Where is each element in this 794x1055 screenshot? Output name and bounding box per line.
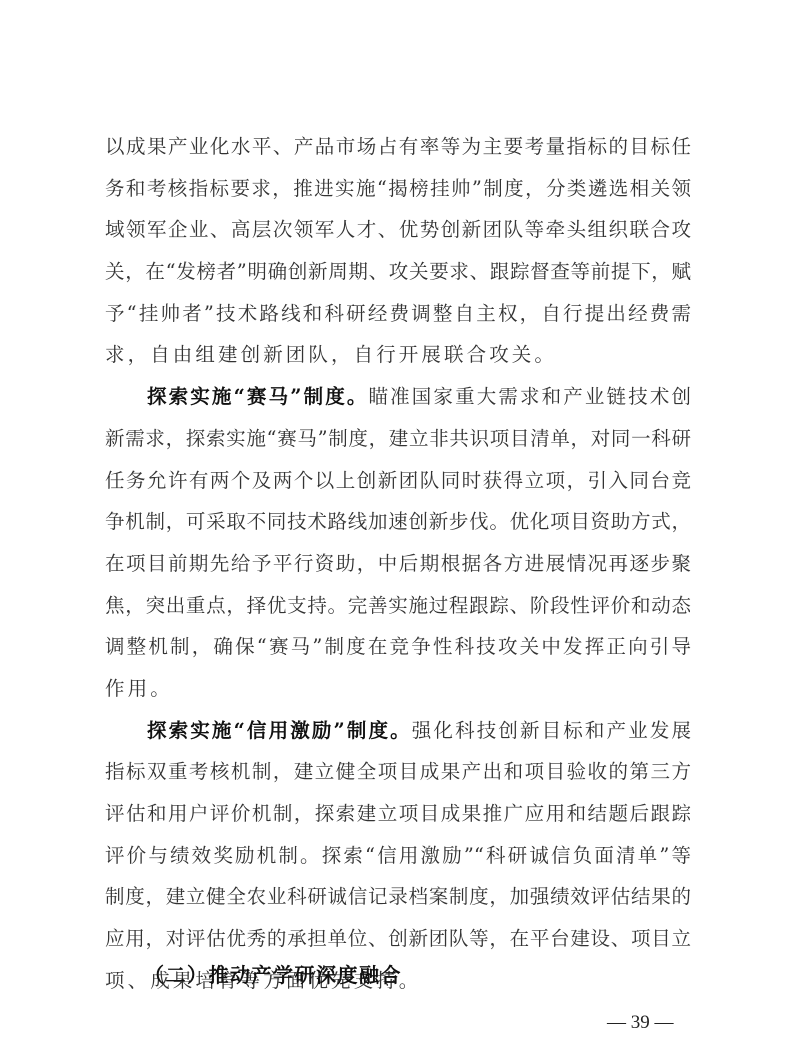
text-line: 调整机制，确保“赛马”制度在竞争性科技攻关中发挥正向引导	[105, 626, 691, 668]
paragraph-continued: 以成果产业化水平、产品市场占有率等为主要考量指标的目标任 务和考核指标要求，推进…	[105, 126, 691, 376]
section-heading: （二）推动产学研深度融合	[144, 957, 402, 993]
document-page: 以成果产业化水平、产品市场占有率等为主要考量指标的目标任 务和考核指标要求，推进…	[0, 0, 794, 1055]
text-line-rest: 强化科技创新目标和产业发展	[412, 719, 691, 742]
text-line: 制度，建立健全农业科研诚信记录档案制度，加强绩效评估结果的	[105, 876, 691, 918]
text-line-with-lead: 探索实施“赛马”制度。瞄准国家重大需求和产业链技术创	[105, 376, 691, 418]
text-line: 争机制，可采取不同技术路线加速创新步伐。优化项目资助方式，	[105, 501, 691, 543]
text-line: 域领军企业、高层次领军人才、优势创新团队等牵头组织联合攻	[105, 209, 691, 251]
text-line: 应用，对评估优秀的承担单位、创新团队等，在平台建设、项目立	[105, 918, 691, 960]
text-line: 焦，突出重点，择优支持。完善实施过程跟踪、阶段性评价和动态	[105, 585, 691, 627]
text-line: 任务允许有两个及两个以上创新团队同时获得立项，引入同台竞	[105, 460, 691, 502]
text-line: 作用。	[105, 668, 691, 710]
body-text: 以成果产业化水平、产品市场占有率等为主要考量指标的目标任 务和考核指标要求，推进…	[105, 126, 691, 1001]
text-line: 务和考核指标要求，推进实施“揭榜挂帅”制度，分类遴选相关领	[105, 168, 691, 210]
text-line: 在项目前期先给予平行资助，中后期根据各方进展情况再逐步聚	[105, 543, 691, 585]
text-line: 新需求，探索实施“赛马”制度，建立非共识项目清单，对同一科研	[105, 418, 691, 460]
text-line: 以成果产业化水平、产品市场占有率等为主要考量指标的目标任	[105, 126, 691, 168]
text-line: 指标双重考核机制，建立健全项目成果产出和项目验收的第三方	[105, 751, 691, 793]
page-number: — 39 —	[607, 1009, 674, 1037]
text-line: 评估和用户评价机制，探索建立项目成果推广应用和结题后跟踪	[105, 793, 691, 835]
text-line: 关，在“发榜者”明确创新周期、攻关要求、跟踪督查等前提下，赋	[105, 251, 691, 293]
text-line-rest: 瞄准国家重大需求和产业链技术创	[369, 385, 692, 408]
paragraph-lead-heading: 探索实施“信用激励”制度。	[147, 719, 412, 742]
paragraph-horse-race-system: 探索实施“赛马”制度。瞄准国家重大需求和产业链技术创 新需求，探索实施“赛马”制…	[105, 376, 691, 710]
paragraph-lead-heading: 探索实施“赛马”制度。	[147, 385, 369, 408]
text-line-with-lead: 探索实施“信用激励”制度。强化科技创新目标和产业发展	[105, 710, 691, 752]
text-line: 求，自由组建创新团队，自行开展联合攻关。	[105, 334, 691, 376]
text-line: 评价与绩效奖励机制。探索“信用激励”“科研诚信负面清单”等	[105, 835, 691, 877]
text-line: 予“挂帅者”技术路线和科研经费调整自主权，自行提出经费需	[105, 293, 691, 335]
